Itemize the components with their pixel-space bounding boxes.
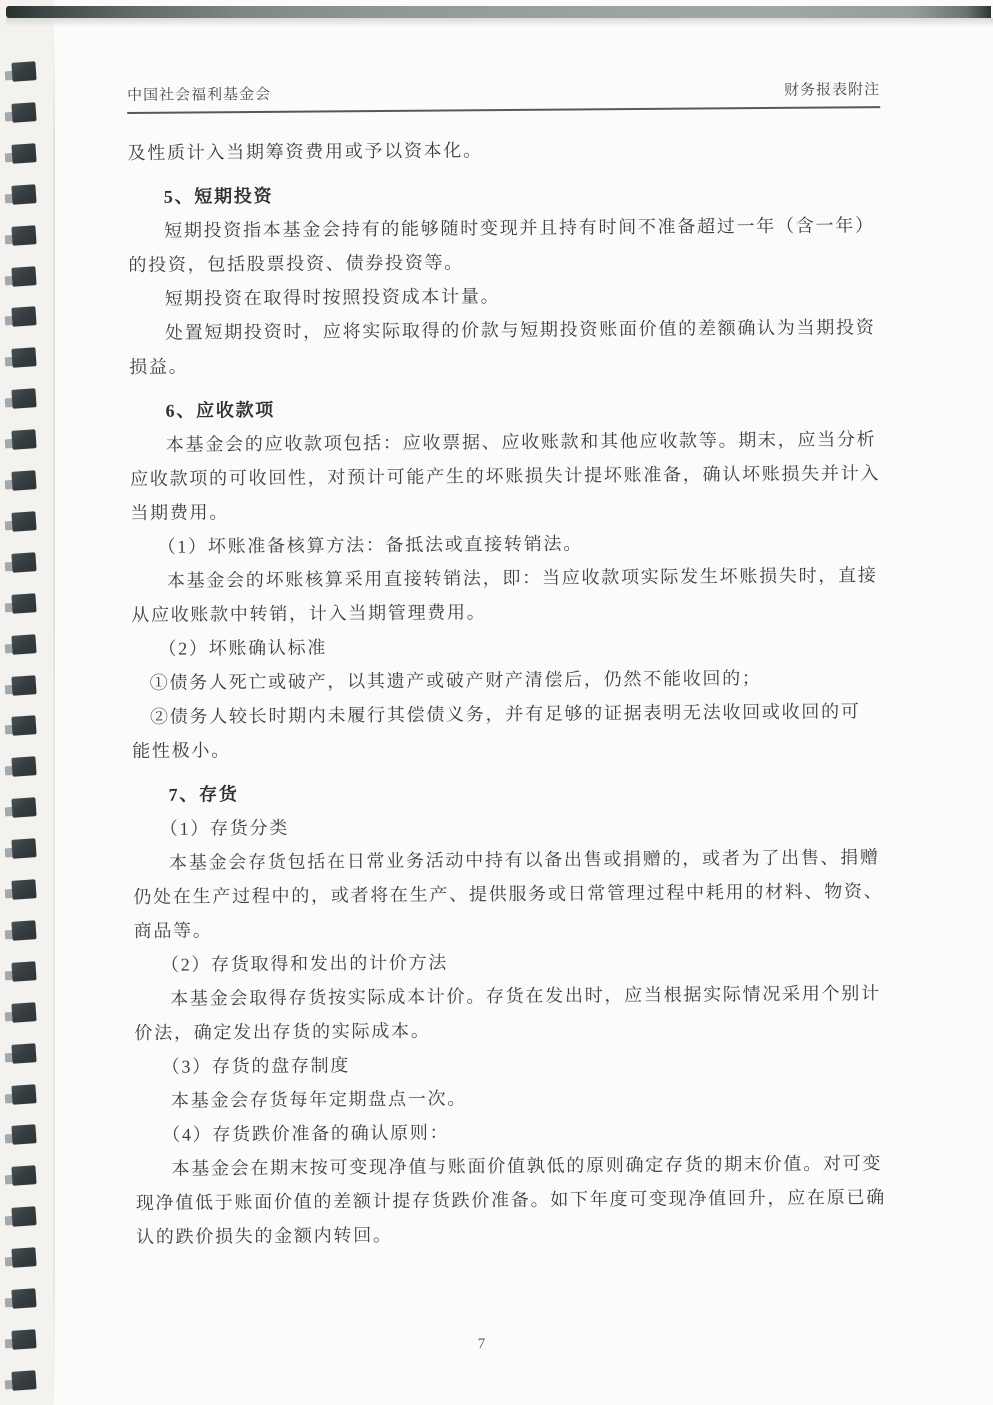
binding-hole-body xyxy=(11,634,36,655)
text-line: 损益。 xyxy=(129,344,882,384)
text-line: 本基金会取得存货按实际成本计价。存货在发出时，应当根据实际情况采用个别计 xyxy=(134,976,887,1016)
binding-strip xyxy=(5,0,45,1405)
binding-hole xyxy=(5,226,39,247)
scan-top-edge-shadow xyxy=(6,18,993,27)
binding-hole xyxy=(5,62,39,83)
binding-hole xyxy=(5,1085,39,1106)
binding-hole-body xyxy=(11,1370,36,1391)
binding-hole xyxy=(5,1125,39,1146)
text-line: 应收款项的可收回性，对预计可能产生的坏账损失计提坏账准备，确认坏账损失并计入 xyxy=(130,456,883,496)
binding-hole xyxy=(5,635,39,656)
binding-hole xyxy=(5,1289,39,1310)
document-body: 及性质计入当期筹资费用或予以资本化。5、短期投资短期投资指本基金会持有的能够随时… xyxy=(127,130,889,1254)
paragraph: 本基金会的应收款项包括：应收票据、应收账款和其他应收款等。期末，应当分析应收款项… xyxy=(130,422,884,530)
binding-hole-body xyxy=(11,143,36,164)
scanned-document-page: 中国社会福利基金会 财务报表附注 及性质计入当期筹资费用或予以资本化。5、短期投… xyxy=(0,0,993,1405)
text-line: 及性质计入当期筹资费用或予以资本化。 xyxy=(127,130,880,170)
paragraph: 本基金会的坏账核算采用直接转销法，即：当应收款项实际发生坏账损失时，直接从应收账… xyxy=(131,558,885,632)
binding-hole xyxy=(5,512,39,533)
binding-hole xyxy=(5,1166,39,1187)
binding-hole xyxy=(5,267,39,288)
binding-hole-body xyxy=(11,1288,36,1309)
binding-hole xyxy=(5,348,39,369)
scan-top-edge-bar xyxy=(6,6,991,18)
binding-hole xyxy=(5,757,39,778)
binding-hole-body xyxy=(11,920,36,941)
binding-hole xyxy=(5,962,39,983)
text-line: 本基金会的坏账核算采用直接转销法，即：当应收款项实际发生坏账损失时，直接 xyxy=(131,558,884,598)
page-footer: 7 xyxy=(105,1336,858,1353)
binding-hole-body xyxy=(11,838,36,859)
binding-hole-body xyxy=(11,388,36,409)
binding-hole xyxy=(5,307,39,328)
text-line: 处置短期投资时，应将实际取得的价款与短期投资账面价值的差额确认为当期投资 xyxy=(129,310,882,350)
binding-hole-body xyxy=(11,1125,36,1146)
binding-hole-body xyxy=(11,1002,36,1023)
binding-hole-body xyxy=(11,797,36,818)
paragraph: 及性质计入当期筹资费用或予以资本化。 xyxy=(127,130,880,170)
binding-hole-body xyxy=(11,266,36,287)
binding-hole xyxy=(5,921,39,942)
binding-hole-body xyxy=(11,961,36,982)
binding-hole xyxy=(5,1371,39,1392)
binding-hole-body xyxy=(11,675,36,696)
binding-hole xyxy=(5,716,39,737)
paragraph: ②债务人较长时期内未履行其偿债义务，并有足够的证据表明无法收回或收回的可能性极小… xyxy=(132,694,886,768)
binding-hole xyxy=(5,1248,39,1269)
page-header: 中国社会福利基金会 财务报表附注 xyxy=(127,78,880,114)
binding-hole-body xyxy=(11,756,36,777)
text-line: 现净值低于账面价值的差额计提存货跌价准备。如下年度可变现净值回升，应在原已确 xyxy=(136,1180,889,1220)
binding-hole-body xyxy=(11,1247,36,1268)
binding-hole xyxy=(5,839,39,860)
page-number: 7 xyxy=(478,1336,486,1352)
binding-hole-body xyxy=(11,1165,36,1186)
text-line: ②债务人较长时期内未履行其偿债义务，并有足够的证据表明无法收回或收回的可 xyxy=(132,694,885,734)
paragraph: 本基金会在期末按可变现净值与账面价值孰低的原则确定存货的期末价值。对可变现净值低… xyxy=(135,1146,889,1254)
binding-hole-body xyxy=(11,102,36,123)
binding-hole xyxy=(5,676,39,697)
binding-hole-body xyxy=(11,347,36,368)
binding-hole xyxy=(5,880,39,901)
header-doc-title: 财务报表附注 xyxy=(784,78,880,100)
paragraph: 本基金会存货包括在日常业务活动中持有以备出售或捐赠的，或者为了出售、捐赠仍处在生… xyxy=(133,840,887,948)
binding-hole xyxy=(5,389,39,410)
paragraph: 处置短期投资时，应将实际取得的价款与短期投资账面价值的差额确认为当期投资损益。 xyxy=(129,310,883,384)
page-edge-line xyxy=(53,28,55,1405)
binding-hole-body xyxy=(11,552,36,573)
binding-hole xyxy=(5,1330,39,1351)
header-org-name: 中国社会福利基金会 xyxy=(127,83,271,105)
binding-hole xyxy=(5,103,39,124)
binding-hole xyxy=(5,594,39,615)
binding-hole-body xyxy=(11,429,36,450)
binding-hole-body xyxy=(11,1329,36,1350)
binding-hole xyxy=(5,1003,39,1024)
binding-hole xyxy=(5,553,39,574)
binding-hole-body xyxy=(11,1206,36,1227)
text-line: 认的跌价损失的金额内转回。 xyxy=(136,1214,889,1254)
binding-hole-body xyxy=(11,716,36,737)
text-line: 短期投资指本基金会持有的能够随时变现并且持有时间不准备超过一年（含一年） xyxy=(128,208,881,248)
binding-hole xyxy=(5,185,39,206)
binding-hole-body xyxy=(11,307,36,328)
binding-hole-body xyxy=(11,61,36,82)
binding-hole xyxy=(5,144,39,165)
binding-hole xyxy=(5,1207,39,1228)
binding-hole-body xyxy=(11,593,36,614)
paragraph: 短期投资指本基金会持有的能够随时变现并且持有时间不准备超过一年（含一年）的投资，… xyxy=(128,208,882,282)
document-sheet: 中国社会福利基金会 财务报表附注 及性质计入当期筹资费用或予以资本化。5、短期投… xyxy=(127,78,889,1254)
text-line: 仍处在生产过程中的，或者将在生产、提供服务或日常管理过程中耗用的材料、物资、 xyxy=(133,874,886,914)
binding-hole-body xyxy=(11,1084,36,1105)
binding-hole-body xyxy=(11,879,36,900)
binding-hole xyxy=(5,471,39,492)
binding-hole xyxy=(5,798,39,819)
binding-hole-body xyxy=(11,470,36,491)
binding-hole-body xyxy=(11,1043,36,1064)
binding-hole xyxy=(5,430,39,451)
binding-hole-body xyxy=(11,511,36,532)
binding-hole-body xyxy=(11,184,36,205)
binding-hole-body xyxy=(11,225,36,246)
binding-hole xyxy=(5,1044,39,1065)
text-line: 能性极小。 xyxy=(132,728,885,768)
paragraph: 本基金会取得存货按实际成本计价。存货在发出时，应当根据实际情况采用个别计价法，确… xyxy=(134,976,888,1050)
